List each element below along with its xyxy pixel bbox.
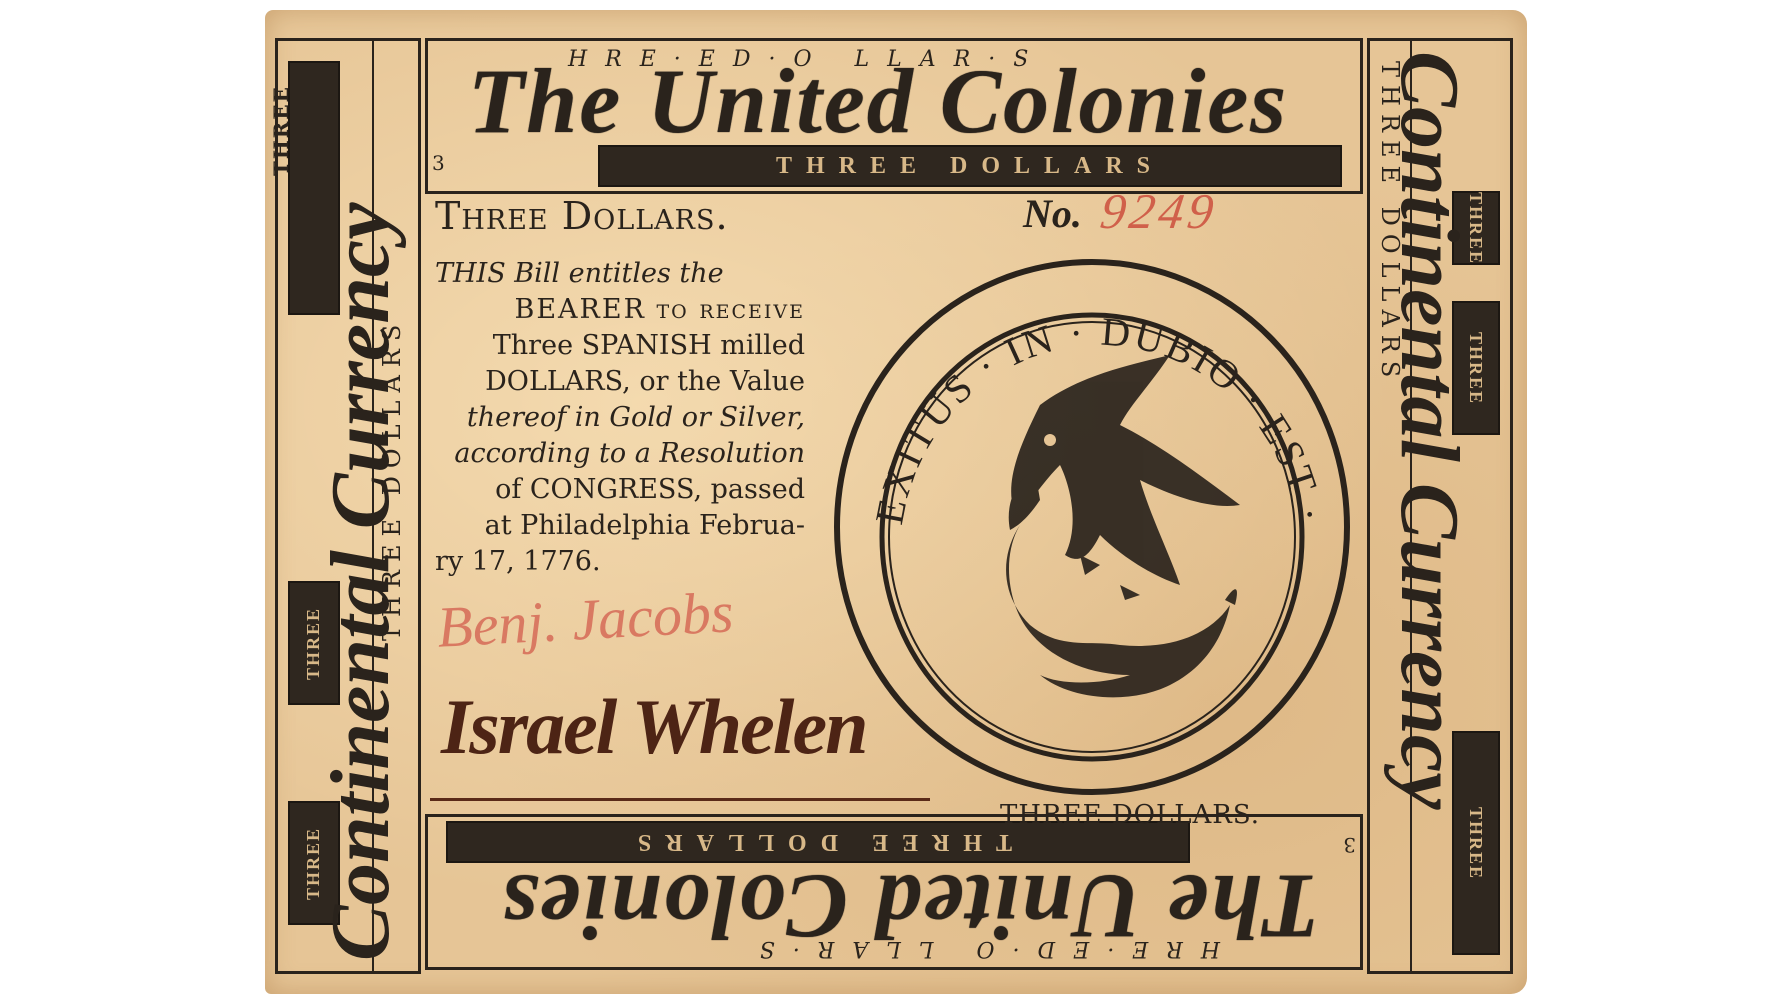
signature-brown: Israel Whelen (441, 682, 866, 772)
banner-plate: THREE DOLLARS (598, 145, 1342, 187)
left-side-denom: THREE DOLLARS (378, 317, 406, 641)
body-line: Three SPANISH milled (435, 328, 805, 364)
seal-icon: EXITUS · IN · DUBIO · EST · (830, 255, 1355, 800)
continental-currency-note: THREE THREE THREE Continental Currency T… (265, 10, 1527, 994)
promise-text: THIS Bill entitles the BEARER to receive… (435, 256, 805, 580)
body-line: THIS Bill entitles the (435, 256, 805, 292)
body-line: thereof in Gold or Silver, (435, 400, 805, 436)
banner-title: The United Colonies (500, 857, 1320, 957)
right-side-denom: THREE DOLLARS (1376, 61, 1404, 385)
denomination-footer: THREE DOLLARS. (1000, 800, 1260, 830)
banner-numeral: 3 (1343, 833, 1356, 857)
top-banner: 3 HRE·ED·O LLAR·S The United Colonies TH… (425, 38, 1363, 194)
body-line: at Philadelphia Februa- (435, 508, 805, 544)
body-line: DOLLARS, or the Value (435, 364, 805, 400)
right-border-column: THREE THREE THREE Continental Currency T… (1367, 38, 1513, 974)
denomination-heading: Three Dollars. (435, 194, 729, 238)
body-line: BEARER to receive (435, 292, 805, 328)
body-line: ry 17, 1776. (435, 544, 805, 580)
signature-red: Benj. Jacobs (435, 578, 734, 660)
banner-numeral: 3 (432, 151, 445, 175)
serial-label: No. (1023, 190, 1082, 237)
body-line: of CONGRESS, passed (435, 472, 805, 508)
seal-eagle-heron: EXITUS · IN · DUBIO · EST · (830, 255, 1355, 800)
banner-title: The United Colonies (468, 51, 1288, 151)
bottom-banner-inverted: 3 HRE·ED·O LLAR·S The United Colonies TH… (425, 814, 1363, 970)
body-line: according to a Resolution (435, 436, 805, 472)
left-border-column: THREE THREE THREE Continental Currency T… (275, 38, 421, 974)
serial-number: 9249 (1097, 182, 1221, 240)
